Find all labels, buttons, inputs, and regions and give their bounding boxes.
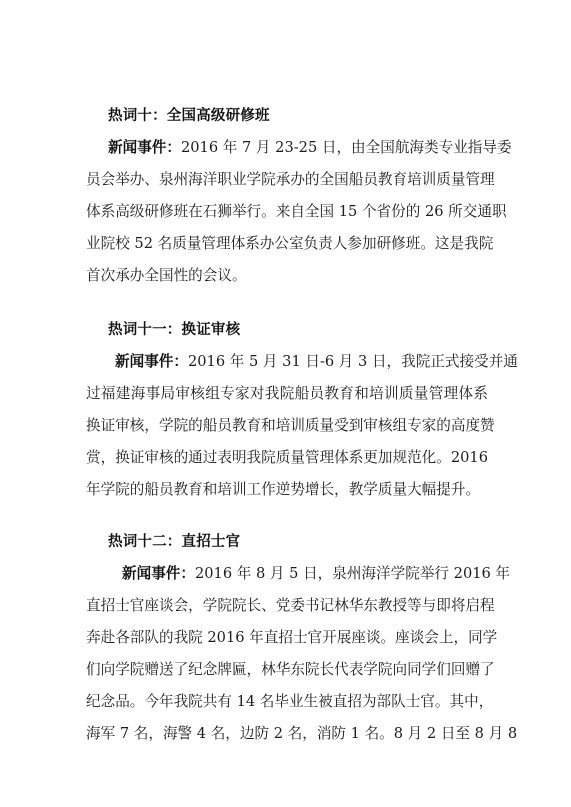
paragraph-line: 换证审核，学院的船员教育和培训质量受到审核组专家的高度赞 [86,414,488,435]
paragraph-line: 员会举办、泉州海洋职业学院承办的全国船员教育培训质量管理 [86,168,488,189]
paragraph-line: 新闻事件：2016 年 8 月 5 日，泉州海洋学院举行 2016 年 [122,562,488,583]
paragraph-line: 海军 7 名，海警 4 名，边防 2 名，消防 1 名。8 月 2 日至 8 月… [86,722,488,743]
news-event-label: 新闻事件： [108,139,181,156]
paragraph-line: 直招士官座谈会，学院院长、党委书记林华东教授等与即将启程 [86,594,488,615]
paragraph-text: 2016 年 7 月 23-25 日，由全国航海类专业指导委 [181,139,512,156]
paragraph-line: 奔赴各部队的我院 2016 年直招士官开展座谈。座谈会上，同学 [86,626,488,647]
section-heading: 热词十一：换证审核 [108,318,240,339]
section-heading: 热词十二：直招士官 [108,530,240,551]
paragraph-line: 体系高级研修班在石狮举行。来自全国 15 个省份的 26 所交通职 [86,200,488,221]
paragraph-line: 年学院的船员教育和培训工作逆势增长，教学质量大幅提升。 [86,478,488,499]
news-event-label: 新闻事件： [122,565,195,582]
paragraph-line: 赏，换证审核的通过表明我院质量管理体系更加规范化。2016 [86,446,488,467]
paragraph-line: 新闻事件：2016 年 7 月 23-25 日，由全国航海类专业指导委 [108,136,488,157]
paragraph-line: 过福建海事局审核组专家对我院船员教育和培训质量管理体系 [86,382,488,403]
section-heading: 热词十：全国高级研修班 [108,104,270,125]
paragraph-line: 首次承办全国性的会议。 [86,264,488,285]
paragraph-line: 业院校 52 名质量管理体系办公室负责人参加研修班。这是我院 [86,232,488,253]
news-event-label: 新闻事件： [115,353,188,370]
paragraph-text: 2016 年 8 月 5 日，泉州海洋学院举行 2016 年 [195,565,510,582]
paragraph-line: 新闻事件：2016 年 5 月 31 日-6 月 3 日，我院正式接受并通 [115,350,488,371]
paragraph-line: 们向学院赠送了纪念牌匾，林华东院长代表学院向同学们回赠了 [86,658,488,679]
paragraph-line: 纪念品。今年我院共有 14 名毕业生被直招为部队士官。其中， [86,690,488,711]
paragraph-text: 2016 年 5 月 31 日-6 月 3 日，我院正式接受并通 [188,353,518,370]
